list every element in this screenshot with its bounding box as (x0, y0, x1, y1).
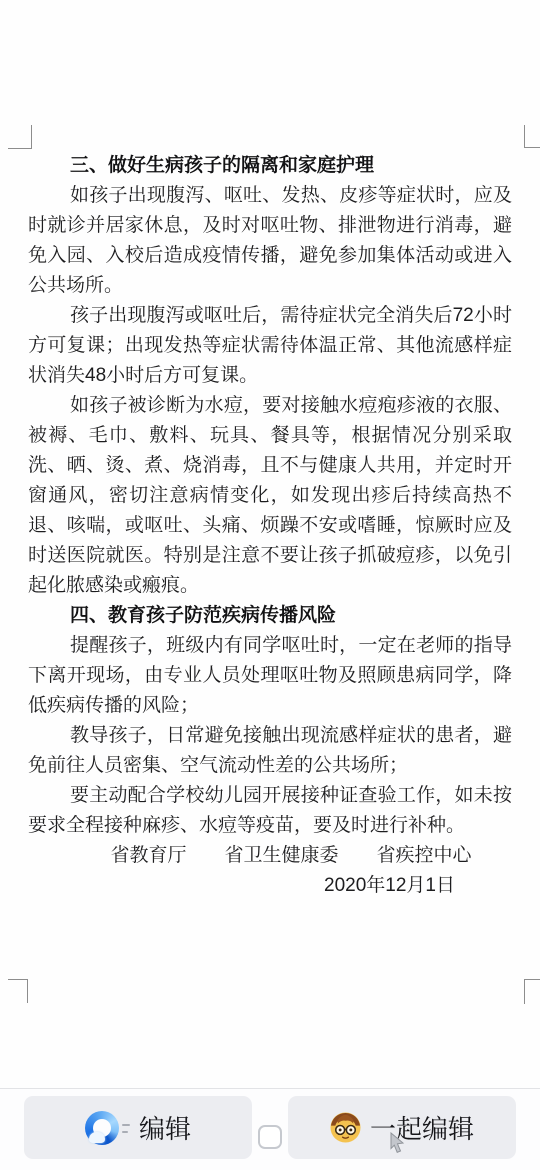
paragraph: 要主动配合学校幼儿园开展接种证查验工作，如未按要求全程接种麻疹、水痘等疫苗，要及… (28, 781, 512, 841)
paragraph: 孩子出现腹泻或呕吐后，需待症状完全消失后72小时方可复课；出现发热等症状需待体温… (28, 301, 512, 391)
paragraph: 教导孩子，日常避免接触出现流感样症状的患者，避免前往人员密集、空气流动性差的公共… (28, 721, 512, 781)
margin-corner-mark-top-left-icon (8, 125, 32, 149)
motion-lines-icon (122, 1115, 130, 1141)
collaborator-avatar-icon (330, 1112, 361, 1143)
signature-organizations: 省教育厅 省卫生健康委 省疾控中心 (28, 841, 512, 871)
co-edit-button-label: 一起编辑 (370, 1109, 474, 1146)
paragraph: 提醒孩子，班级内有同学呕吐时，一定在老师的指导下离开现场，由专业人员处理呕吐物及… (28, 631, 512, 721)
paragraph: 如孩子被诊断为水痘，要对接触水痘疱疹液的衣服、被褥、毛巾、敷料、玩具、餐具等，根… (28, 391, 512, 601)
signature-date: 2020年12月1日 (28, 871, 512, 901)
margin-corner-mark-bottom-right-icon (524, 979, 540, 1004)
co-edit-button[interactable]: 一起编辑 (288, 1096, 516, 1159)
margin-corner-mark-bottom-left-icon (8, 979, 28, 1003)
bottom-action-bar: 编辑 一起编辑 (0, 1088, 540, 1170)
rounded-square-handle-icon (258, 1125, 282, 1149)
section-heading-4: 四、教育孩子防范疾病传播风险 (28, 601, 512, 631)
cursor-pointer-icon (389, 1132, 407, 1154)
app-screen: 三、做好生病孩子的隔离和家庭护理 如孩子出现腹泻、呕吐、发热、皮疹等症状时，应及… (0, 0, 540, 1170)
paragraph: 如孩子出现腹泻、呕吐、发热、皮疹等症状时，应及时就诊并居家休息，及时对呕吐物、排… (28, 181, 512, 301)
document-body: 三、做好生病孩子的隔离和家庭护理 如孩子出现腹泻、呕吐、发热、皮疹等症状时，应及… (28, 151, 512, 901)
edit-button-label: 编辑 (139, 1109, 191, 1146)
edit-button[interactable]: 编辑 (24, 1096, 252, 1159)
document-page[interactable]: 三、做好生病孩子的隔离和家庭护理 如孩子出现腹泻、呕吐、发热、皮疹等症状时，应及… (0, 0, 540, 1088)
margin-corner-mark-top-right-icon (524, 125, 540, 148)
docs-app-logo-icon (85, 1111, 119, 1145)
section-heading-3: 三、做好生病孩子的隔离和家庭护理 (28, 151, 512, 181)
